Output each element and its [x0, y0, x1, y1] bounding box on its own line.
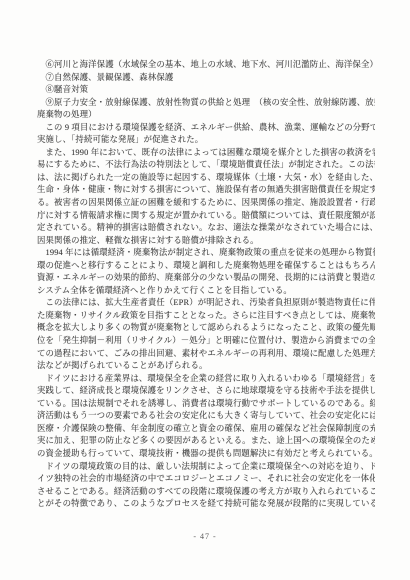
text-line: 定されている。精神的損害は賠償されない。なお、適法な操業がなされていた場合には、: [37, 222, 375, 235]
text-line: 環の促進へと移行することにより、環境と調和した廃棄物処理を確保することはもちろん…: [37, 260, 375, 273]
text-line: 法などが掲げられていることがあげられる。: [37, 360, 375, 373]
text-line: た廃棄物・リサイクル政策を目指すこととなった。さらに注目すべき点としては、廃棄物: [37, 310, 375, 323]
text-line: 概念を拡大しより多くの物質が廃棄物として認められるようになったこと、政策の優先順: [37, 322, 375, 335]
text-line: 因果関係の推定、軽微な損害に対する賠償が排除される。: [37, 235, 375, 248]
text-line: ⑨原子力安全・放射線保護、放射性物質の供給と処理 （核の安全性、放射線防護、放射…: [37, 97, 375, 110]
text-line: とがその特徴であり、このようなプロセスを経て持続可能な発展が段階的に実現している…: [37, 498, 375, 511]
text-line: させることである。経済活動のすべての段階に環境保護の考え方が取り入れられているこ: [37, 486, 375, 499]
text-line: 実に加え、犯罪の防止など多くの要因があるといえる。また、途上国への環境保全のため: [37, 435, 375, 448]
text-line: 実施し、「持続可能な発展」が促進された。: [37, 134, 375, 147]
text-line: ての過程において、ごみの排出回避、素材やエネルギーの再利用、環境に配慮した処理方: [37, 348, 375, 361]
document-page: ⑥河川と海洋保護（水域保全の基本、地上の水域、地下水、河川氾濫防止、海洋保全） …: [0, 0, 410, 580]
text-line: 実践して、経済成長と環境保護をリンクさせ、さらに地球環境を守る技術や手法を提供し: [37, 385, 375, 398]
text-line: る。被害者の因果関係立証の困難を緩和するために、因果関係の推定、施設設置者・行政: [37, 197, 375, 210]
text-line: ドイツにおける産業界は、環境保全を企業の経営に取り入れるいわゆる「環境経営」を: [37, 373, 375, 386]
text-line: システム全体を循環経済へと作りかえて行くことを目指している。: [37, 285, 375, 298]
text-line: の資金援助も行っていて、環境技術・機器の提供も問題解決に有効だと考えられている。: [37, 448, 375, 461]
document-body: ⑥河川と海洋保護（水域保全の基本、地上の水域、地下水、河川氾濫防止、海洋保全） …: [37, 59, 375, 511]
text-line: 廃棄物の処理）: [37, 109, 375, 122]
text-line: ている。国は法規制でそれを誘導し、消費者は環境行動でサポートしているのである。経: [37, 398, 375, 411]
text-line: は、法に掲げられた一定の施設等に起因する、環境媒体（土壌・大気・水）を経由した、: [37, 172, 375, 185]
text-line: この 9 項目における環境保護を経済、エネルギー供給、農林、漁業、運輸などの分野…: [37, 122, 375, 135]
text-line: 生命・身体・健康・物に対する損害について、施設保有者の無過失損害賠償責任を規定す: [37, 184, 375, 197]
text-line: 易にするために、不法行為法の特別法として、「環境賠償責任法」が制定された。この法…: [37, 159, 375, 172]
text-line: また、1990 年において、既存の法律によっては困難な環境を媒介とした損害の救済…: [37, 147, 375, 160]
text-line: 済活動はもう一つの要素である社会の安定化にも大きく寄与していて、社会の安定化には: [37, 410, 375, 423]
text-line: 位を「発生抑制－利用（リサイクル）－処分」と明確に位置付け、製造から消費までの全: [37, 335, 375, 348]
text-line: ⑧騒音対策: [37, 84, 375, 97]
text-line: 庁に対する情報請求権に関する規定が置かれている。賠償額については、責任限度額が設: [37, 210, 375, 223]
text-line: ⑦自然保護、景観保護、森林保護: [37, 72, 375, 85]
text-line: ⑥河川と海洋保護（水域保全の基本、地上の水域、地下水、河川氾濫防止、海洋保全）: [37, 59, 375, 72]
text-line: 資源・エネルギーの効果的節約、廃棄部分の少ない製品の開発、長期的には消費と製造の: [37, 272, 375, 285]
page-number: - 47 -: [0, 532, 410, 541]
text-line: 1994 年には循環経済・廃棄物法が制定され、廃棄物政策の重点を従来の処理から物…: [37, 247, 375, 260]
text-line: イツ独特の社会的市場経済の中でエコロジーとエコノミー、それに社会の安定化を一体化: [37, 473, 375, 486]
text-line: この法律には、拡大生産者責任（EPR）が明記され、汚染者負担原則が製造物責任に伴…: [37, 297, 375, 310]
text-line: 医療・介護保険の整備、年金制度の確立と資金の確保、雇用の確保など社会保障制度の充: [37, 423, 375, 436]
text-line: ドイツの環境政策の目的は、厳しい法規制によって企業に環境保全への対応を迫り、ド: [37, 461, 375, 474]
